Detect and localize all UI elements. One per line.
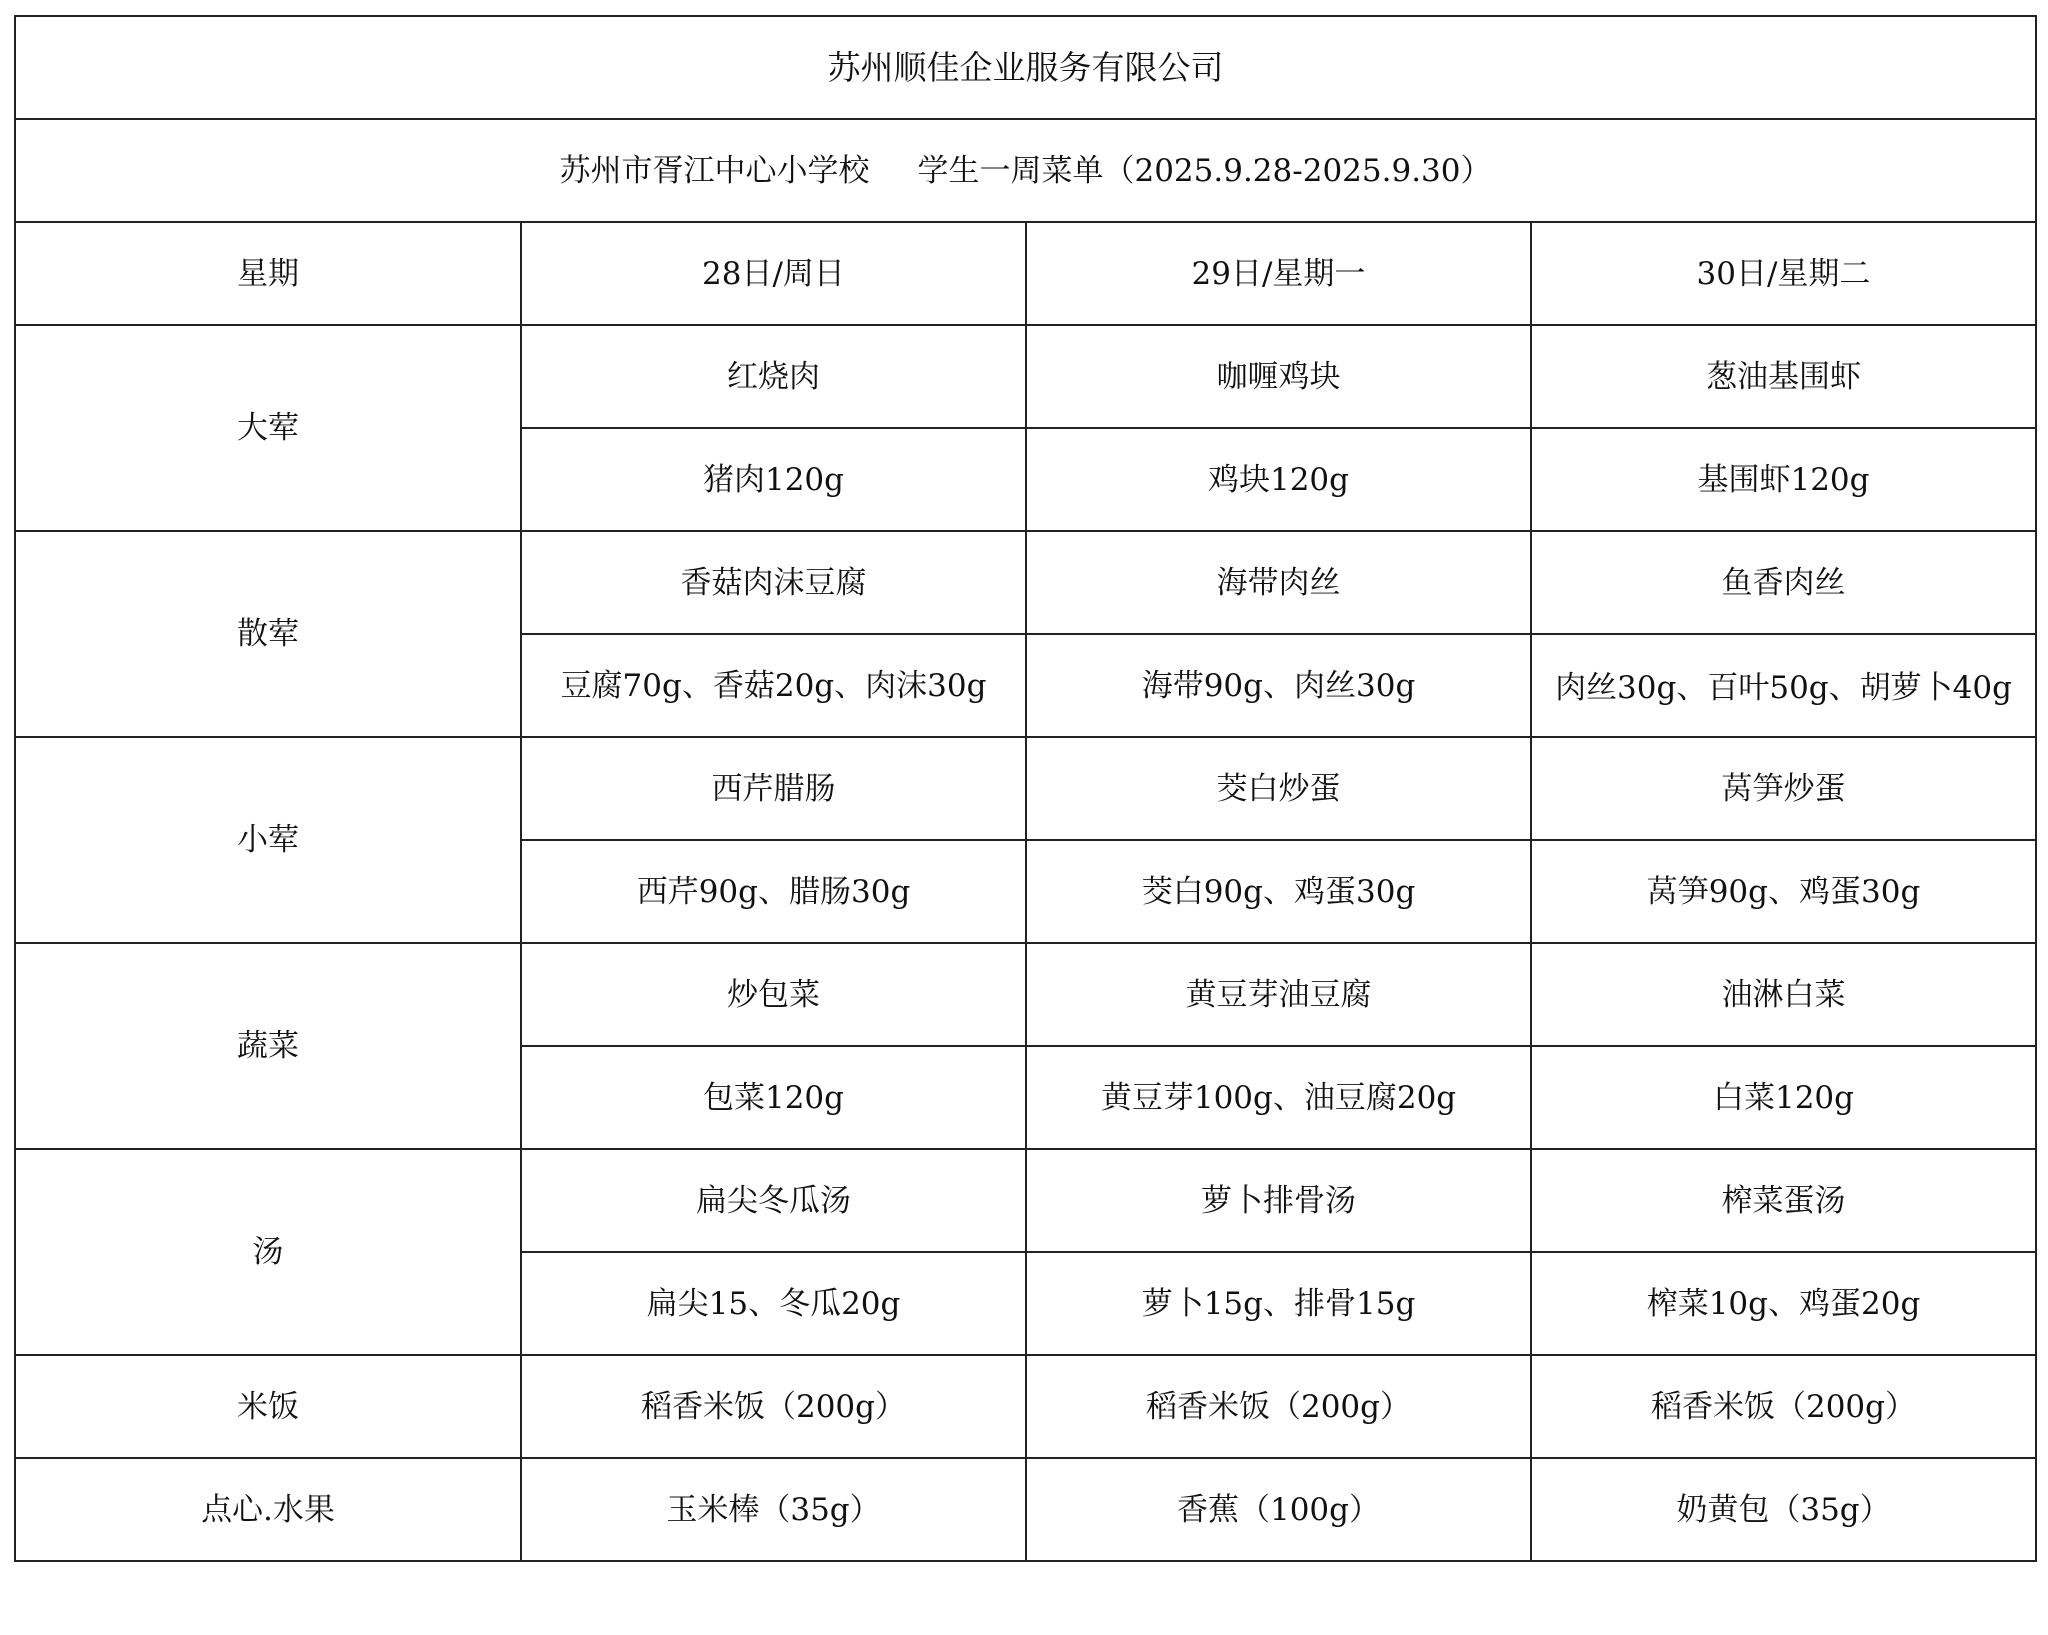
header-row: 星期 28日/周日 29日/星期一 30日/星期二 [15, 222, 2036, 325]
ingredient-cell: 海带90g、肉丝30g [1026, 634, 1531, 737]
company-title: 苏州顺佳企业服务有限公司 [15, 16, 2036, 119]
subtitle-row: 苏州市胥江中心小学校学生一周菜单（2025.9.28-2025.9.30） [15, 119, 2036, 222]
company-title-text: 苏州顺佳企业服务有限公司 [828, 48, 1224, 87]
rice-cell: 稻香米饭（200g） [1531, 1355, 2036, 1458]
table-row: 小荤 西芹腊肠 茭白炒蛋 莴笋炒蛋 [15, 737, 2036, 840]
ingredient-cell: 豆腐70g、香菇20g、肉沫30g [521, 634, 1026, 737]
ingredient-cell: 猪肉120g [521, 428, 1026, 531]
ingredient-cell: 鸡块120g [1026, 428, 1531, 531]
header-day-30: 30日/星期二 [1531, 222, 2036, 325]
dish-cell: 咖喱鸡块 [1026, 325, 1531, 428]
table-row: 蔬菜 炒包菜 黄豆芽油豆腐 油淋白菜 [15, 943, 2036, 1046]
ingredient-cell: 茭白90g、鸡蛋30g [1026, 840, 1531, 943]
ingredient-cell: 西芹90g、腊肠30g [521, 840, 1026, 943]
snack-cell: 奶黄包（35g） [1531, 1458, 2036, 1561]
title-row: 苏州顺佳企业服务有限公司 [15, 16, 2036, 119]
dish-cell: 西芹腊肠 [521, 737, 1026, 840]
category-snack-fruit: 点心.水果 [15, 1458, 521, 1561]
dish-cell: 茭白炒蛋 [1026, 737, 1531, 840]
school-name: 苏州市胥江中心小学校 [559, 153, 869, 189]
table-row: 大荤 红烧肉 咖喱鸡块 葱油基围虾 [15, 325, 2036, 428]
category-soup: 汤 [15, 1149, 521, 1355]
ingredient-cell: 萝卜15g、排骨15g [1026, 1252, 1531, 1355]
ingredient-cell: 黄豆芽100g、油豆腐20g [1026, 1046, 1531, 1149]
weekly-menu-table: 苏州顺佳企业服务有限公司 苏州市胥江中心小学校学生一周菜单（2025.9.28-… [14, 15, 2037, 1562]
category-light-meat: 小荤 [15, 737, 521, 943]
ingredient-cell: 包菜120g [521, 1046, 1026, 1149]
header-day-28: 28日/周日 [521, 222, 1026, 325]
dish-cell: 香菇肉沫豆腐 [521, 531, 1026, 634]
dish-cell: 葱油基围虾 [1531, 325, 2036, 428]
category-vegetable: 蔬菜 [15, 943, 521, 1149]
dish-cell: 炒包菜 [521, 943, 1026, 1046]
snack-cell: 香蕉（100g） [1026, 1458, 1531, 1561]
table-row: 汤 扁尖冬瓜汤 萝卜排骨汤 榨菜蛋汤 [15, 1149, 2036, 1252]
table-row: 点心.水果 玉米棒（35g） 香蕉（100g） 奶黄包（35g） [15, 1458, 2036, 1561]
ingredient-cell: 榨菜10g、鸡蛋20g [1531, 1252, 2036, 1355]
dish-cell: 黄豆芽油豆腐 [1026, 943, 1531, 1046]
menu-title: 学生一周菜单（2025.9.28-2025.9.30） [917, 153, 1491, 189]
ingredient-cell: 扁尖15、冬瓜20g [521, 1252, 1026, 1355]
header-weekday-label: 星期 [15, 222, 521, 325]
menu-subtitle: 苏州市胥江中心小学校学生一周菜单（2025.9.28-2025.9.30） [15, 119, 2036, 222]
ingredient-cell: 莴笋90g、鸡蛋30g [1531, 840, 2036, 943]
dish-cell: 红烧肉 [521, 325, 1026, 428]
dish-cell: 莴笋炒蛋 [1531, 737, 2036, 840]
category-mixed-meat: 散荤 [15, 531, 521, 737]
dish-cell: 油淋白菜 [1531, 943, 2036, 1046]
table-row: 米饭 稻香米饭（200g） 稻香米饭（200g） 稻香米饭（200g） [15, 1355, 2036, 1458]
ingredient-cell: 白菜120g [1531, 1046, 2036, 1149]
rice-cell: 稻香米饭（200g） [1026, 1355, 1531, 1458]
dish-cell: 榨菜蛋汤 [1531, 1149, 2036, 1252]
dish-cell: 鱼香肉丝 [1531, 531, 2036, 634]
dish-cell: 海带肉丝 [1026, 531, 1531, 634]
ingredient-cell: 基围虾120g [1531, 428, 2036, 531]
dish-cell: 萝卜排骨汤 [1026, 1149, 1531, 1252]
dish-cell: 扁尖冬瓜汤 [521, 1149, 1026, 1252]
ingredient-cell: 肉丝30g、百叶50g、胡萝卜40g [1531, 634, 2036, 737]
table-row: 散荤 香菇肉沫豆腐 海带肉丝 鱼香肉丝 [15, 531, 2036, 634]
header-day-29: 29日/星期一 [1026, 222, 1531, 325]
rice-cell: 稻香米饭（200g） [521, 1355, 1026, 1458]
category-main-meat: 大荤 [15, 325, 521, 531]
snack-cell: 玉米棒（35g） [521, 1458, 1026, 1561]
category-rice: 米饭 [15, 1355, 521, 1458]
